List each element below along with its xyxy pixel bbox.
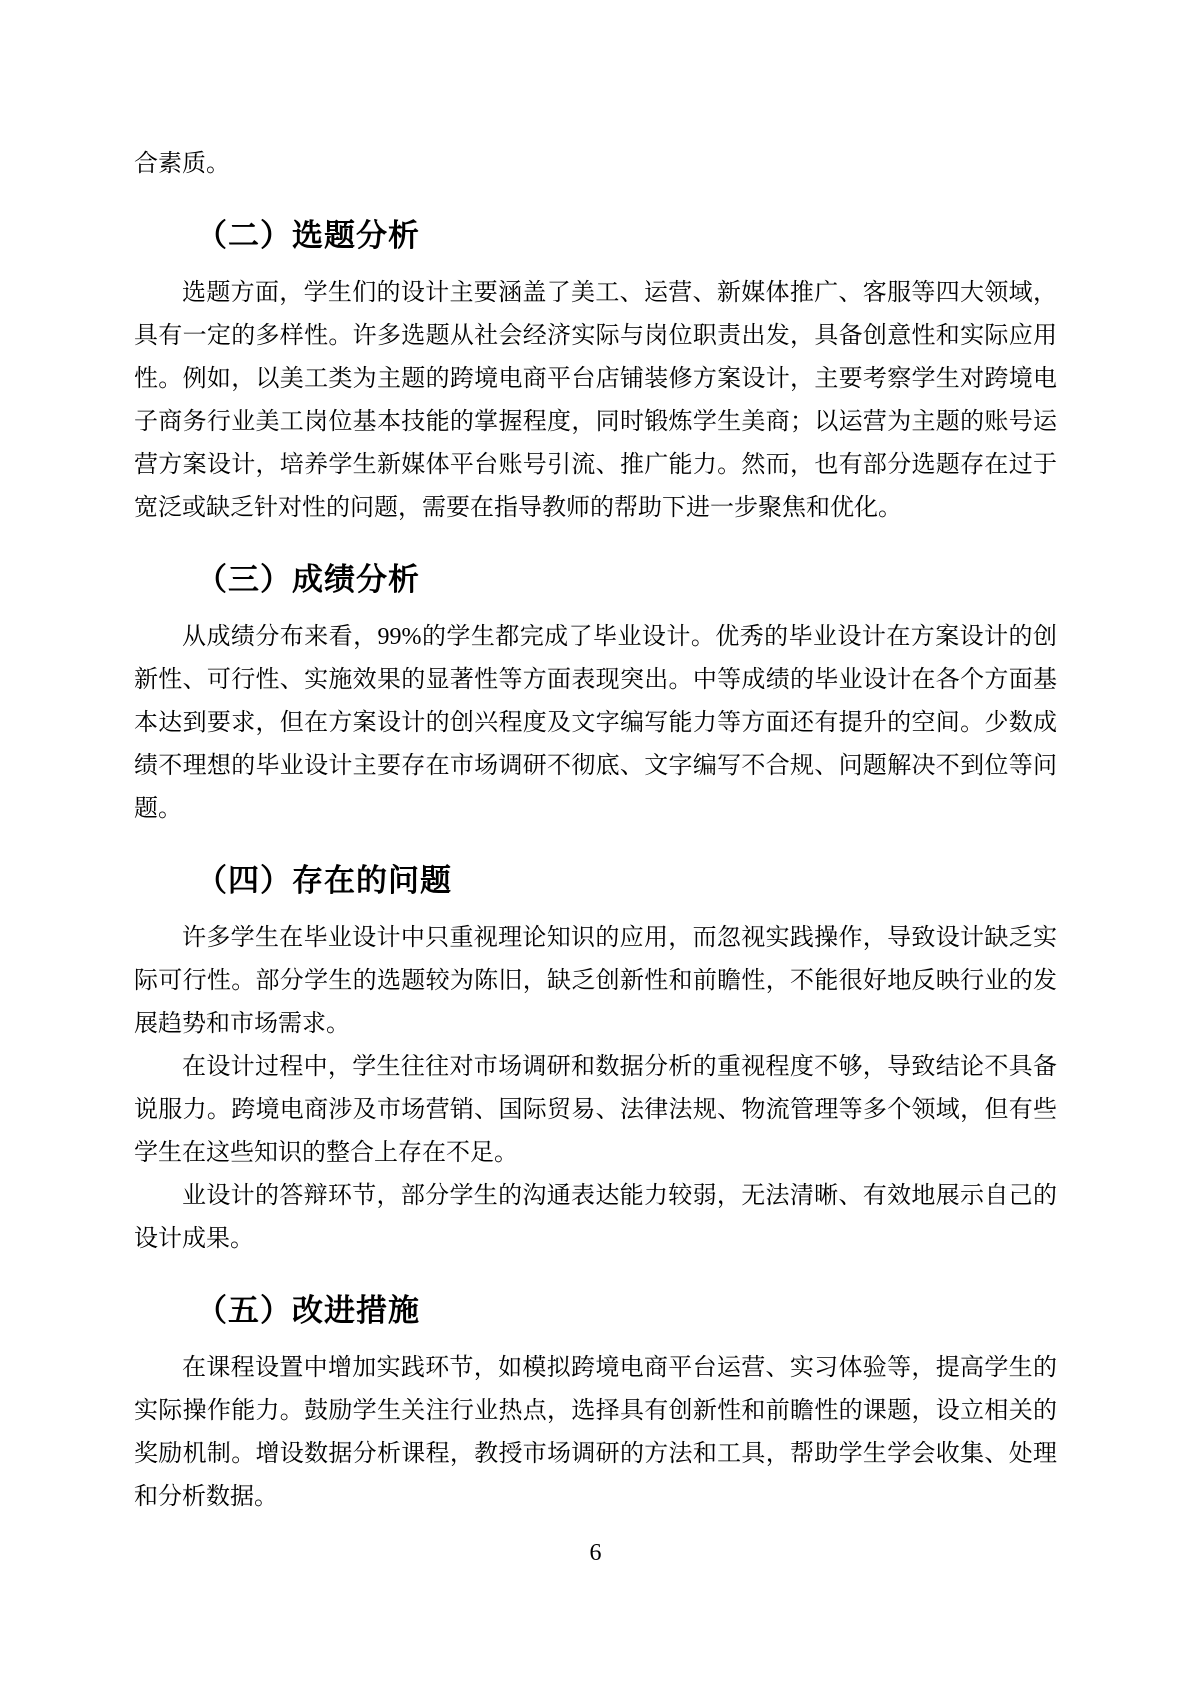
paragraph-improvement-measures: 在课程设置中增加实践环节，如模拟跨境电商平台运营、实习体验等，提高学生的实际操作… xyxy=(134,1347,1057,1519)
paragraph-score-analysis: 从成绩分布来看，99%的学生都完成了毕业设计。优秀的毕业设计在方案设计的创新性、… xyxy=(134,616,1057,831)
section-heading-existing-problems: （四）存在的问题 xyxy=(134,859,1057,903)
document-page: 合素质。 （二）选题分析 选题方面，学生们的设计主要涵盖了美工、运营、新媒体推广… xyxy=(0,0,1191,1684)
paragraph-existing-problems-1: 许多学生在毕业设计中只重视理论知识的应用，而忽视实践操作，导致设计缺乏实际可行性… xyxy=(134,917,1057,1046)
section-heading-topic-analysis: （二）选题分析 xyxy=(134,214,1057,258)
section-heading-improvement-measures: （五）改进措施 xyxy=(134,1289,1057,1333)
paragraph-continuation: 合素质。 xyxy=(134,143,1057,186)
page-number: 6 xyxy=(0,1538,1191,1568)
paragraph-existing-problems-2: 在设计过程中，学生往往对市场调研和数据分析的重视程度不够，导致结论不具备说服力。… xyxy=(134,1046,1057,1175)
document-content: 合素质。 （二）选题分析 选题方面，学生们的设计主要涵盖了美工、运营、新媒体推广… xyxy=(134,143,1057,1519)
paragraph-existing-problems-3: 业设计的答辩环节，部分学生的沟通表达能力较弱，无法清晰、有效地展示自己的设计成果… xyxy=(134,1175,1057,1261)
section-heading-score-analysis: （三）成绩分析 xyxy=(134,558,1057,602)
paragraph-topic-analysis: 选题方面，学生们的设计主要涵盖了美工、运营、新媒体推广、客服等四大领域，具有一定… xyxy=(134,272,1057,530)
